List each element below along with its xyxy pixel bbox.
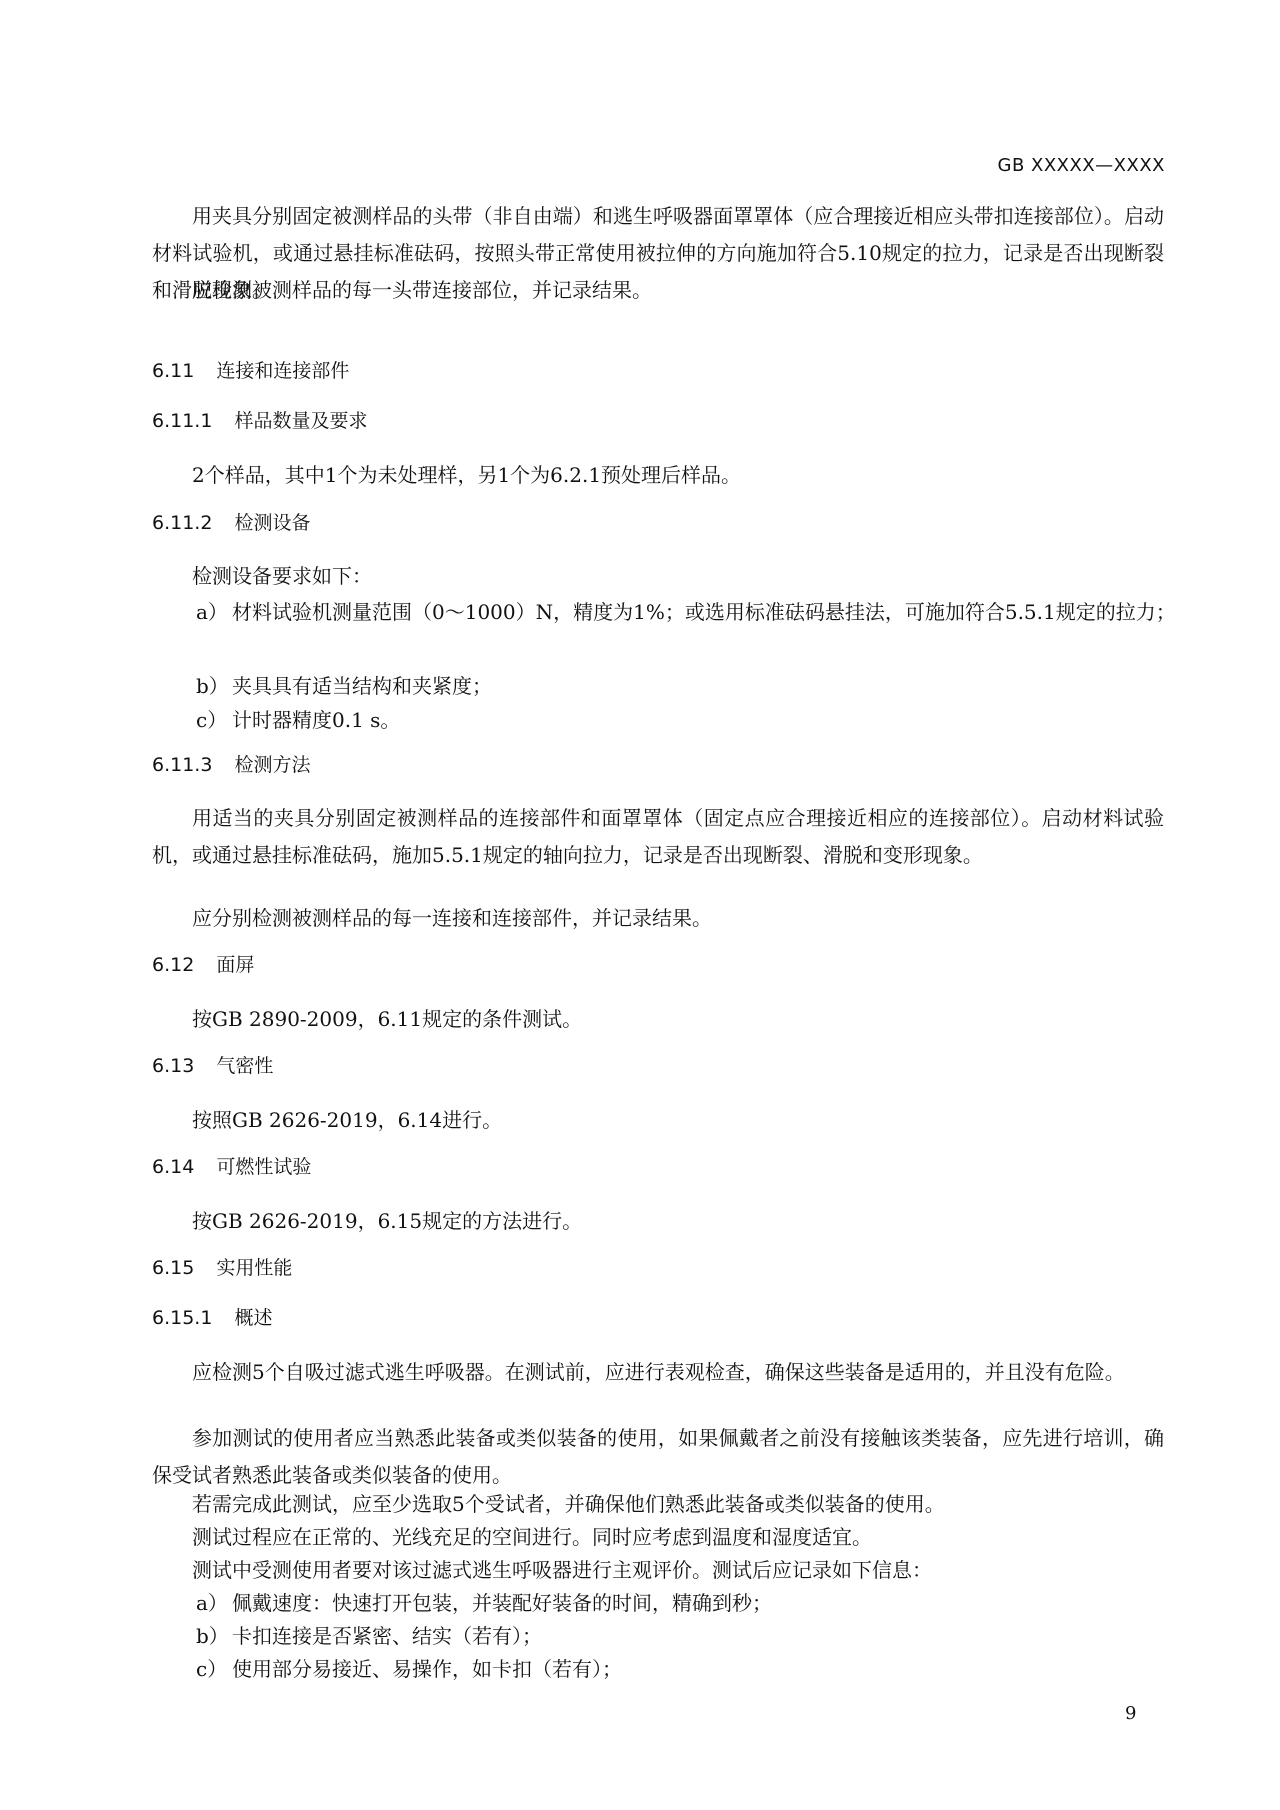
- section-title: 面屏: [216, 954, 254, 976]
- section-title: 可燃性试验: [216, 1156, 311, 1178]
- section-heading-6-15: 6.15实用性能: [152, 1255, 292, 1281]
- list-item: b）夹具具有适当结构和夹紧度；: [196, 668, 1200, 705]
- section-number: 6.11.1: [152, 408, 212, 434]
- section-heading-6-11-1: 6.11.1样品数量及要求: [152, 408, 367, 434]
- section-heading-6-11-3: 6.11.3检测方法: [152, 752, 310, 778]
- paragraph: 参加测试的使用者应当熟悉此装备或类似装备的使用，如果佩戴者之前没有接触该类装备，…: [152, 1420, 1164, 1494]
- paragraph: 按GB 2626-2019，6.15规定的方法进行。: [152, 1203, 1164, 1240]
- paragraph: 测试中受测使用者要对该过滤式逃生呼吸器进行主观评价。测试后应记录如下信息：: [152, 1552, 1164, 1589]
- section-heading-6-14: 6.14可燃性试验: [152, 1154, 311, 1180]
- section-title: 气密性: [216, 1055, 273, 1077]
- list-marker: b）: [196, 668, 232, 705]
- paragraph: 按GB 2890-2009，6.11规定的条件测试。: [152, 1001, 1164, 1038]
- paragraph: 2个样品，其中1个为未处理样，另1个为6.2.1预处理后样品。: [152, 457, 1164, 494]
- list-item: c）计时器精度0.1 s。: [196, 702, 1200, 739]
- paragraph: 测试过程应在正常的、光线充足的空间进行。同时应考虑到温度和湿度适宜。: [152, 1519, 1164, 1556]
- page-number: 9: [1125, 1703, 1136, 1724]
- section-number: 6.11.3: [152, 752, 212, 778]
- section-number: 6.12: [152, 952, 194, 978]
- list-marker: c）: [196, 702, 232, 739]
- section-number: 6.15: [152, 1255, 194, 1281]
- standard-id-header: GB XXXXX—XXXX: [998, 155, 1166, 176]
- list-item: c）使用部分易接近、易操作，如卡扣（若有）；: [196, 1651, 1200, 1688]
- paragraph: 按照GB 2626-2019，6.14进行。: [152, 1102, 1164, 1139]
- section-heading-6-13: 6.13气密性: [152, 1053, 273, 1079]
- list-item: a）佩戴速度：快速打开包装，并装配好装备的时间，精确到秒；: [196, 1585, 1200, 1622]
- list-item: b）卡扣连接是否紧密、结实（若有）；: [196, 1618, 1200, 1655]
- section-title: 检测方法: [234, 754, 310, 776]
- list-marker: a）: [196, 1585, 232, 1622]
- paragraph: 若需完成此测试，应至少选取5个受试者，并确保他们熟悉此装备或类似装备的使用。: [152, 1486, 1164, 1523]
- section-heading-6-11-2: 6.11.2检测设备: [152, 510, 310, 536]
- list-item: a）材料试验机测量范围（0～1000）N，精度为1%；或选用标准砝码悬挂法，可施…: [196, 594, 1200, 631]
- paragraph: 应检测被测样品的每一头带连接部位，并记录结果。: [152, 272, 1164, 309]
- section-number: 6.15.1: [152, 1305, 212, 1331]
- section-heading-6-15-1: 6.15.1概述: [152, 1305, 272, 1331]
- section-number: 6.11.2: [152, 510, 212, 536]
- list-marker: b）: [196, 1618, 232, 1655]
- paragraph: 用适当的夹具分别固定被测样品的连接部件和面罩罩体（固定点应合理接近相应的连接部位…: [152, 800, 1164, 874]
- section-heading-6-11: 6.11连接和连接部件: [152, 358, 349, 384]
- list-marker: c）: [196, 1651, 232, 1688]
- section-number: 6.11: [152, 358, 194, 384]
- section-title: 实用性能: [216, 1257, 292, 1279]
- section-heading-6-12: 6.12面屏: [152, 952, 254, 978]
- list-marker: a）: [196, 594, 232, 631]
- section-number: 6.13: [152, 1053, 194, 1079]
- section-title: 样品数量及要求: [234, 410, 367, 432]
- section-title: 概述: [234, 1307, 272, 1329]
- paragraph: 检测设备要求如下：: [152, 558, 1164, 595]
- section-title: 检测设备: [234, 512, 310, 534]
- paragraph: 应检测5个自吸过滤式逃生呼吸器。在测试前，应进行表观检查，确保这些装备是适用的，…: [152, 1354, 1164, 1391]
- paragraph: 应分别检测被测样品的每一连接和连接部件，并记录结果。: [152, 900, 1164, 937]
- section-number: 6.14: [152, 1154, 194, 1180]
- section-title: 连接和连接部件: [216, 360, 349, 382]
- document-page: GB XXXXX—XXXX 用夹具分别固定被测样品的头带（非自由端）和逃生呼吸器…: [0, 0, 1280, 1810]
